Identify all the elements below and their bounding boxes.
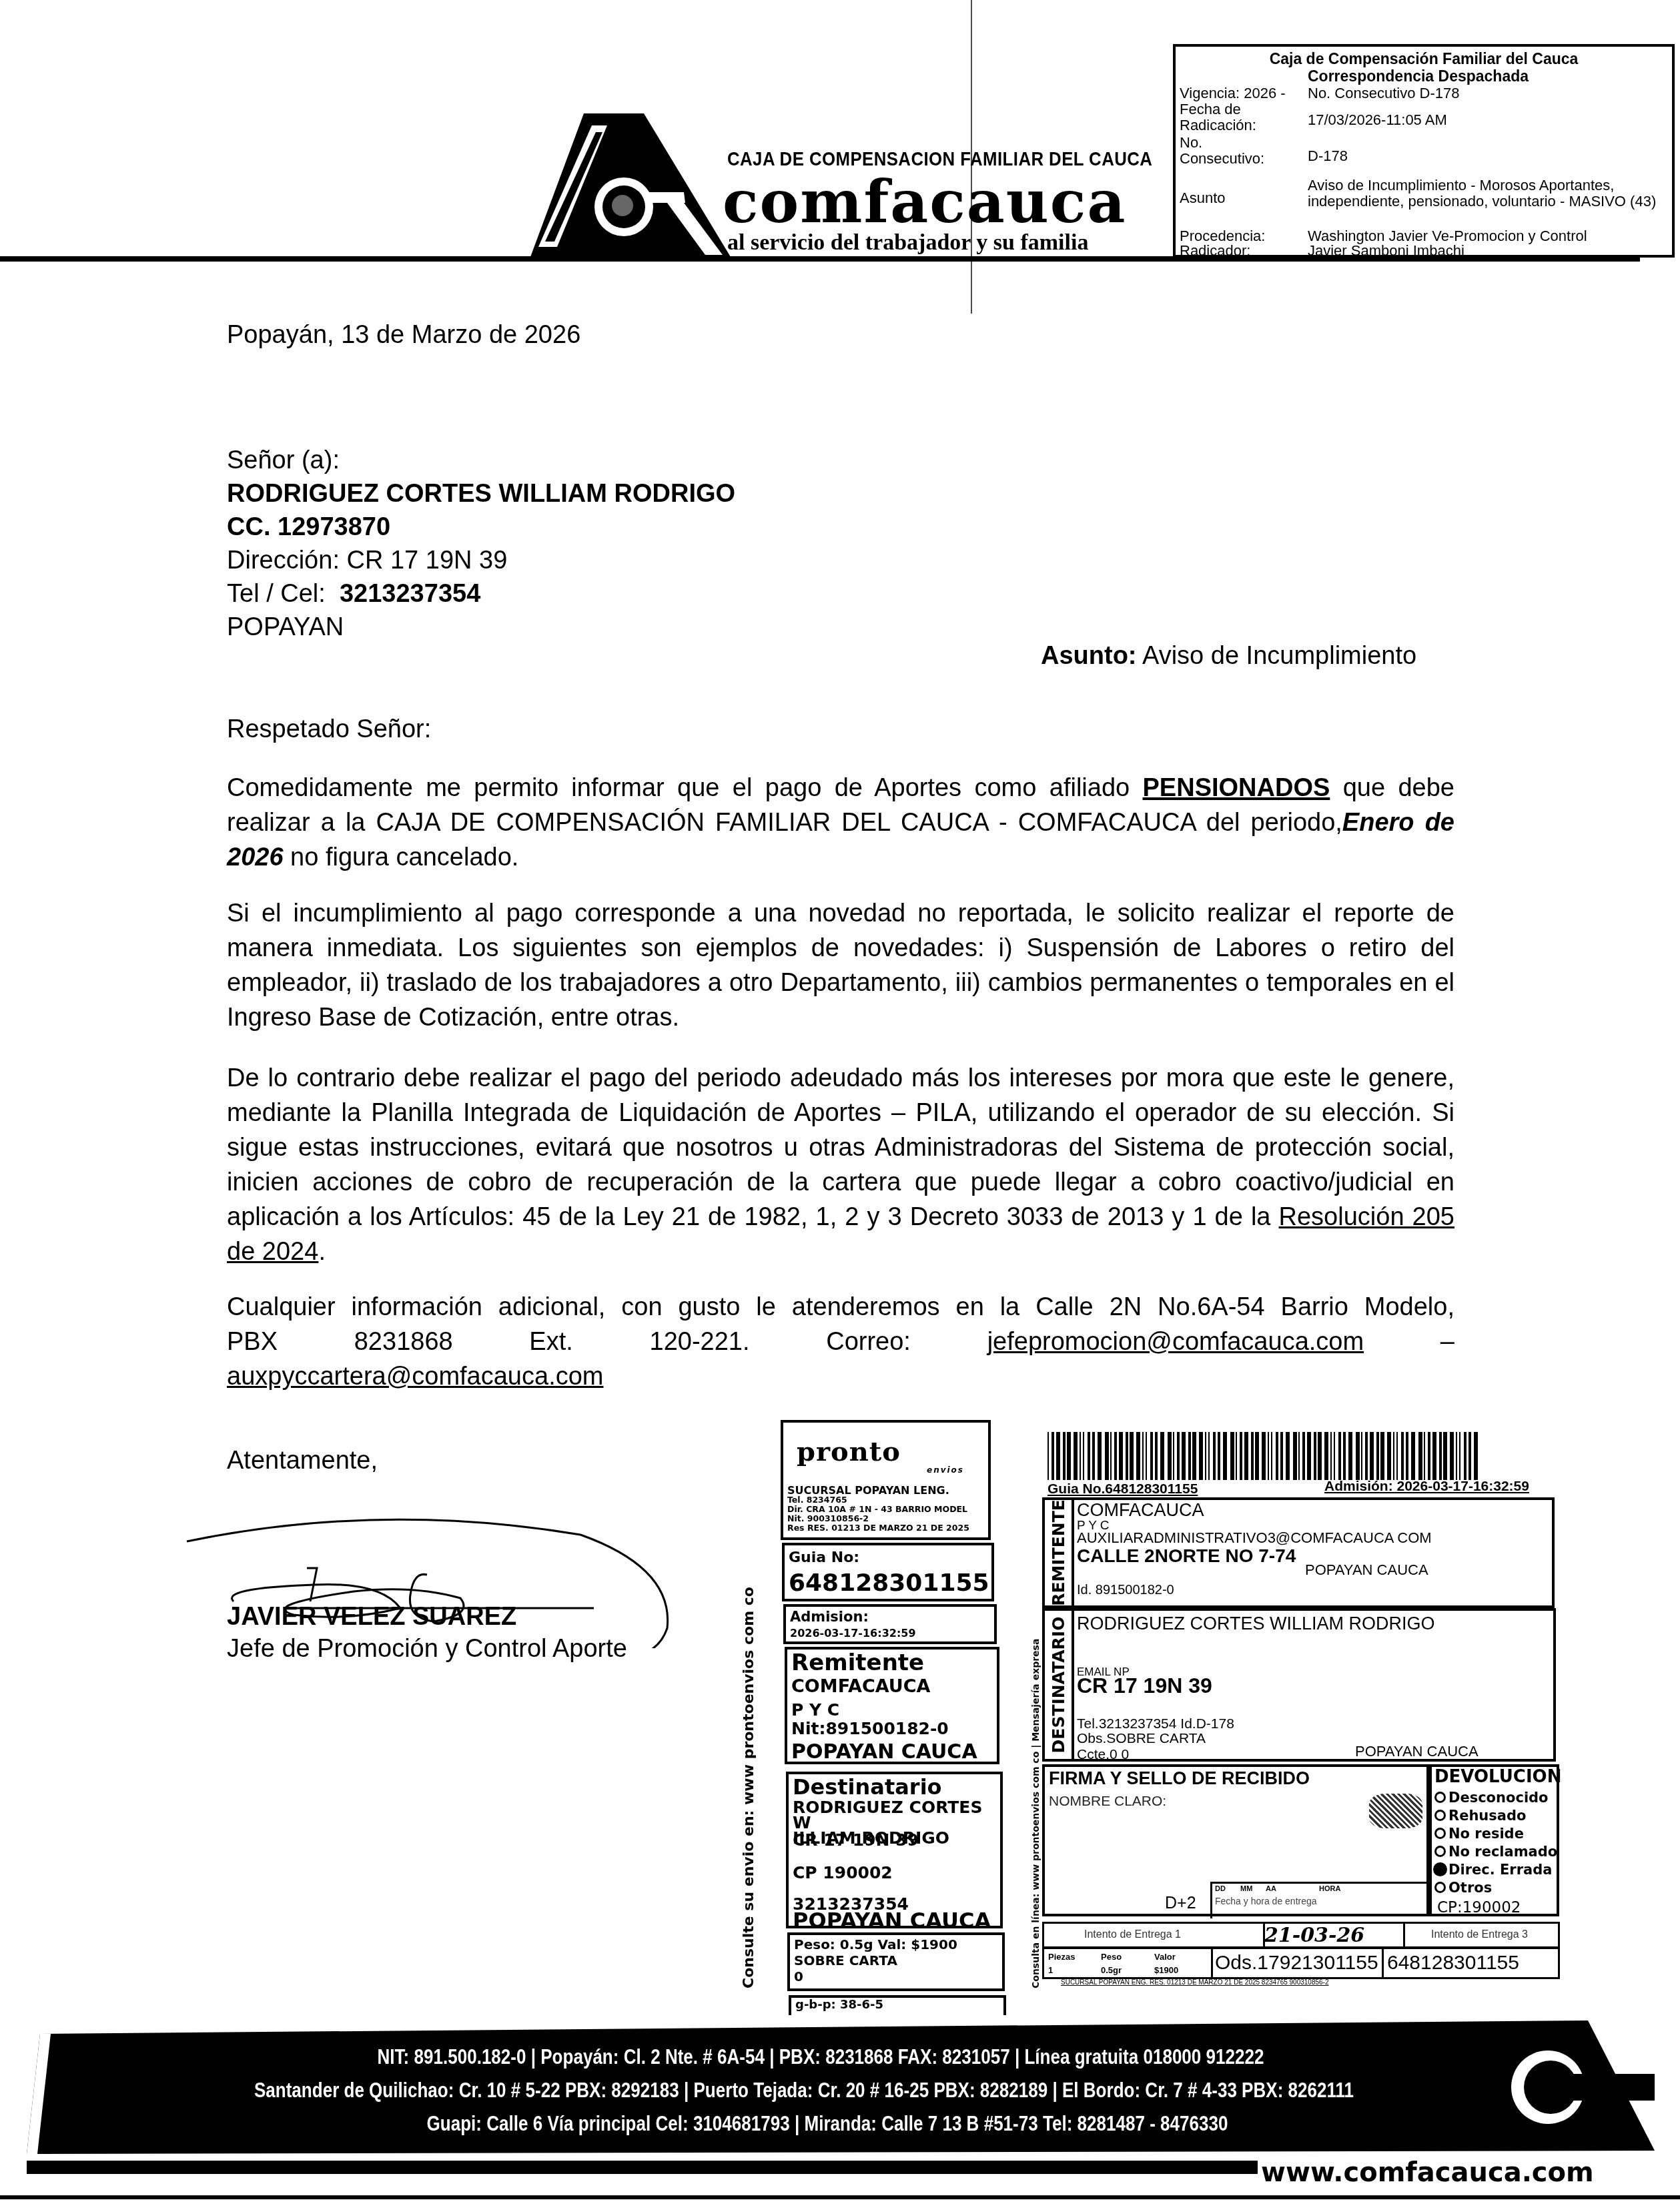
stamp-vigencia-label: Vigencia: 2026 - (1180, 85, 1286, 101)
stamp-procedencia-value: Washington Javier Ve-Promocion y Control (1308, 228, 1587, 244)
website-link[interactable]: www.comfacauca.com (1261, 2157, 1594, 2188)
valores-row: Piezas 1 Peso 0.5gr Valor $1900 Ods.1792… (1042, 1947, 1560, 1979)
radio-icon[interactable] (1434, 1828, 1446, 1839)
radicado-stamp: Caja de Compensación Familiar del Cauca … (1173, 44, 1675, 258)
letter-date: Popayán, 13 de Marzo de 2026 (227, 318, 1454, 352)
radio-icon[interactable] (1434, 1882, 1446, 1893)
header-rule (0, 256, 1174, 262)
stamp-consecutivo-label: No. Consecutivo: (1180, 135, 1280, 166)
destinatario-section: DESTINATARIO RODRIGUEZ CORTES WILLIAM RO… (1042, 1608, 1556, 1762)
courier-destinatario-box: Destinatario RODRIGUEZ CORTES W ILLIAM R… (786, 1772, 1003, 1928)
email-jefepromocion-link[interactable]: jefepromocion@comfacauca.com (987, 1325, 1364, 1359)
handwritten-date: 21-03-26 (1264, 1924, 1364, 1947)
recipient-phone: Tel / Cel: 3213237354 (227, 577, 1454, 611)
devolucion-section: DEVOLUCION DesconocidoRehusadoNo resideN… (1429, 1764, 1559, 1916)
admision-line: Admisión: 2026-03-17-16:32:59 (1324, 1479, 1529, 1495)
devolucion-option[interactable]: No reclamado (1434, 1844, 1557, 1860)
stamp-vigencia-value: No. Consecutivo D-178 (1308, 85, 1459, 101)
devolucion-option[interactable]: Otros (1434, 1880, 1492, 1896)
footer-line-3: Guapi: Calle 6 Vía principal Cel: 310468… (346, 2112, 1310, 2136)
courier-logo-box: pronto envios SUCURSAL POPAYAN LENG. Tel… (781, 1420, 991, 1540)
email-auxpyccartera-link[interactable]: auxpyccartera@comfacauca.com (227, 1363, 603, 1391)
radio-checked-icon[interactable] (1434, 1864, 1446, 1875)
footer-line-1: NIT: 891.500.182-0 | Popayán: Cl. 2 Nte.… (300, 2045, 1342, 2069)
fecha-hora-entrega: DD MM AA HORA Fecha y hora de entrega (1210, 1882, 1431, 1918)
guia-line: Guia No.648128301155 (1047, 1481, 1198, 1497)
closing: Atentamente, (227, 1447, 378, 1475)
courier-brand-sub: envios (927, 1465, 964, 1475)
guia-number-bottom: 648128301155 (1387, 1952, 1519, 1974)
devolucion-option[interactable]: Direc. Errada (1434, 1862, 1552, 1878)
signer-role: Jefe de Promoción y Control Aporte (227, 1635, 627, 1664)
courier-tracking-vertical: Consulte su envio en: www prontoenvios c… (741, 1587, 757, 1988)
radio-icon[interactable] (1434, 1792, 1446, 1803)
recipient-name: RODRIGUEZ CORTES WILLIAM RODRIGO (227, 477, 1454, 510)
footer-underbar (27, 2161, 1258, 2174)
stamp-subtitle: Correspondencia Despachada (1308, 68, 1529, 85)
fold-mark (971, 0, 972, 314)
letter-subject: Asunto: Aviso de Incumplimiento (1041, 642, 1416, 671)
radio-icon[interactable] (1434, 1846, 1446, 1857)
stamp-fecha-label: Fecha de Radicación: (1180, 101, 1300, 133)
intentos-entrega-row: Intento de Entrega 1 21-03-26 Intento de… (1042, 1922, 1560, 1948)
devolucion-option[interactable]: Rehusado (1434, 1808, 1526, 1824)
greeting: Respetado Señor: (227, 712, 1454, 747)
paragraph-3: De lo contrario debe realizar el pago de… (227, 1061, 1454, 1269)
courier-gbp-box: g-b-p: 38-6-5 (789, 1995, 1006, 2015)
courier-peso-box: Peso: 0.5g Val: $1900 SOBRE CARTA 0 (787, 1932, 1005, 1991)
firma-recibido-section: FIRMA Y SELLO DE RECIBIDO NOMBRE CLARO: … (1042, 1764, 1429, 1916)
stamp-asunto-label: Asunto (1180, 190, 1226, 206)
stamp-procedencia-label: Procedencia: (1180, 228, 1265, 244)
footer-line-2: Santander de Quilichao: Cr. 10 # 5-22 PB… (201, 2079, 1406, 2103)
radio-icon[interactable] (1434, 1810, 1446, 1821)
stamp-asunto-value: Aviso de Incumplimiento - Morosos Aporta… (1308, 177, 1668, 209)
recipient-address: Dirección: CR 17 19N 39 (227, 544, 1454, 577)
remitente-section: REMITENTE COMFACAUCA P Y C AUXILIARADMIN… (1042, 1497, 1555, 1608)
courier-footer-line: SUCURSAL POPAYAN ENG. RES. 01213 DE MARZ… (1061, 1979, 1329, 1986)
bottom-rule (0, 2195, 1680, 2199)
devolucion-option[interactable]: No reside (1434, 1826, 1524, 1842)
remitente-email: AUXILIARADMINISTRATIVO3@COMFACAUCA COM (1077, 1529, 1432, 1547)
brand-name: comfacauca (723, 172, 1126, 231)
courier-brand: pronto (797, 1436, 901, 1467)
courier-online-vertical: Consulta en línea: www prontoenvios com … (1031, 1639, 1041, 1988)
guia-number: 648128301155 (789, 1569, 989, 1597)
paragraph-1: Comedidamente me permito informar que el… (227, 771, 1454, 875)
brand-tagline: al servicio del trabajador y su familia (727, 230, 1088, 256)
barcode-icon (1046, 1432, 1484, 1480)
stamp-mark-icon (1369, 1794, 1422, 1828)
recipient-block: Señor (a): RODRIGUEZ CORTES WILLIAM RODR… (227, 444, 1454, 644)
courier-guia-box: Guia No: 648128301155 (782, 1543, 994, 1601)
recipient-id: CC. 12973870 (227, 510, 1454, 544)
signer-name: JAVIER VELEZ SUAREZ (227, 1603, 516, 1631)
salutation-to: Señor (a): (227, 444, 1454, 477)
devolucion-option[interactable]: Desconocido (1434, 1790, 1549, 1806)
recipient-city: POPAYAN (227, 611, 1454, 644)
paragraph-4: Cualquier información adicional, con gus… (227, 1290, 1454, 1394)
stamp-consecutivo-value: D-178 (1308, 148, 1348, 164)
comfacauca-logo-icon (530, 113, 731, 257)
stamp-title: Caja de Compensación Familiar del Cauca (1176, 51, 1672, 67)
courier-remitente-box: Remitente COMFACAUCA P Y C Nit:891500182… (785, 1647, 999, 1764)
stamp-bottom-rule (1173, 255, 1640, 262)
paragraph-2: Si el incumplimiento al pago corresponde… (227, 896, 1454, 1035)
courier-admision-box: Admision: 2026-03-17-16:32:59 (783, 1604, 997, 1644)
affiliate-type: PENSIONADOS (1143, 774, 1330, 802)
stamp-fecha-value: 17/03/2026-11:05 AM (1308, 112, 1447, 128)
